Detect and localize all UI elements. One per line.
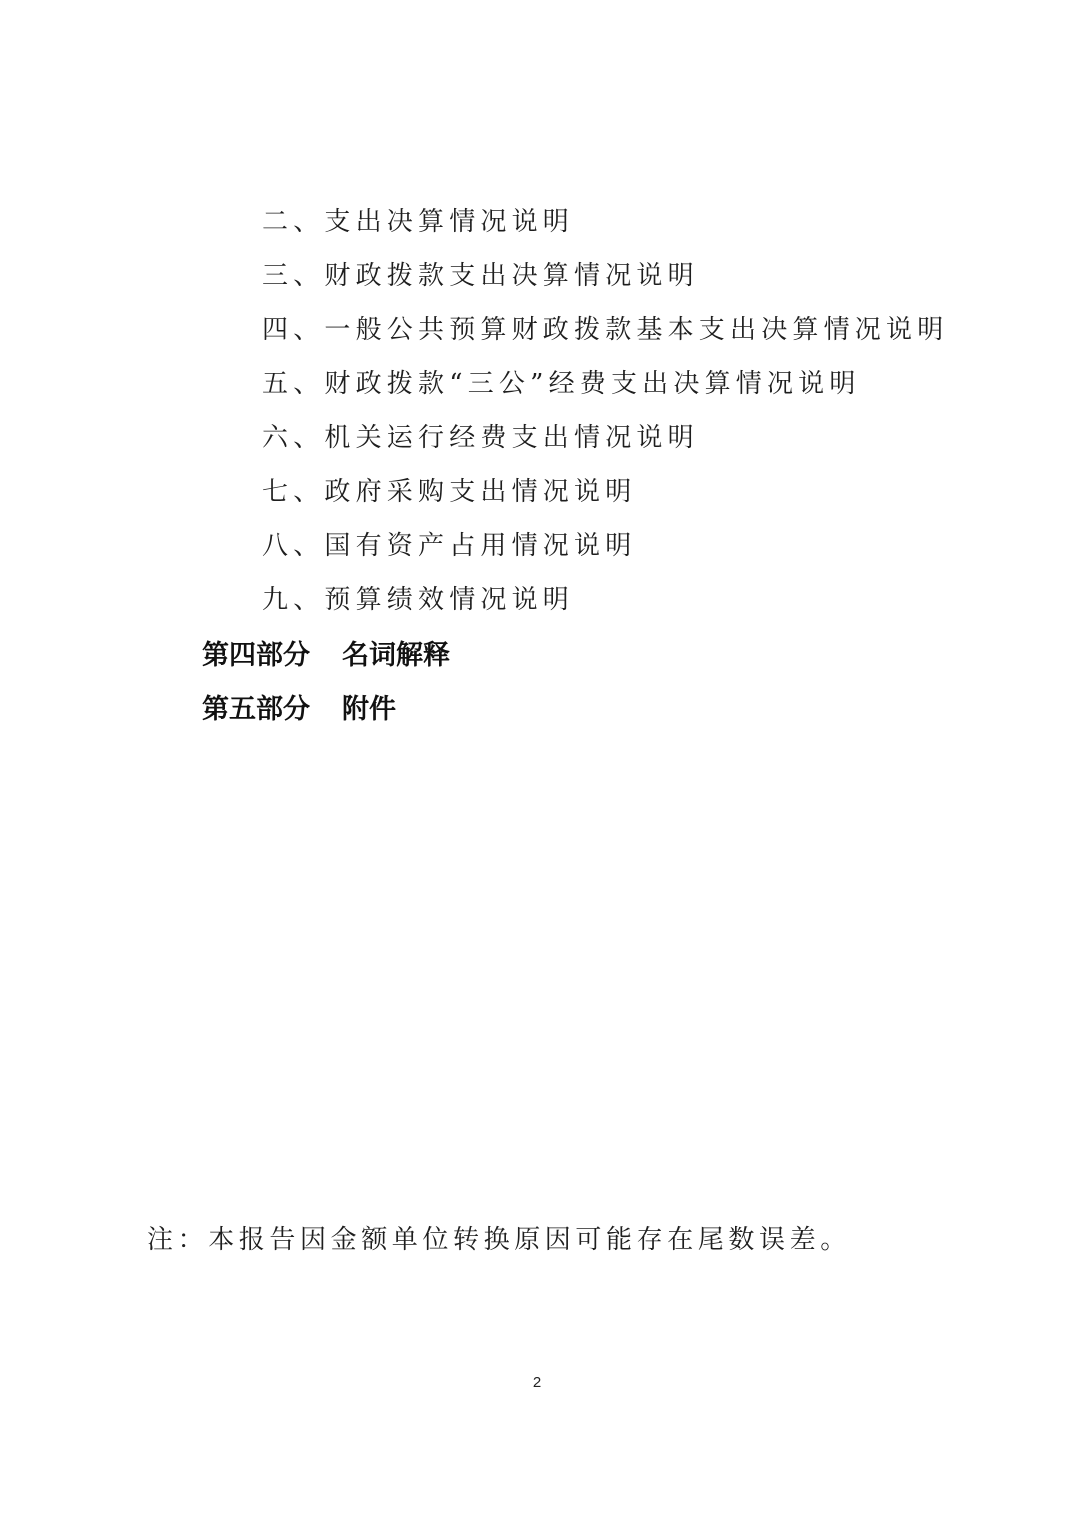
toc-item-agency-operating-expenses: 六、机关运行经费支出情况说明 — [262, 421, 699, 455]
toc-part-title: 名词解释 — [342, 640, 450, 671]
toc-item-three-public-expenses: 五、财政拨款“三公”经费支出决算情况说明 — [262, 367, 861, 401]
toc-item-general-budget-basic-expenditure: 四、一般公共预算财政拨款基本支出决算情况说明 — [262, 313, 948, 347]
toc-item-fiscal-appropriation-expenditure: 三、财政拨款支出决算情况说明 — [262, 259, 699, 293]
page-number: 2 — [0, 1373, 1074, 1393]
document-page: 二、支出决算情况说明 三、财政拨款支出决算情况说明 四、一般公共预算财政拨款基本… — [0, 0, 1074, 1520]
toc-part-number: 第四部分 — [202, 640, 310, 671]
toc-item-government-procurement: 七、政府采购支出情况说明 — [262, 475, 636, 509]
toc-item-state-assets: 八、国有资产占用情况说明 — [262, 529, 636, 563]
toc-part-glossary: 第四部分名词解释 — [202, 639, 450, 673]
rounding-note: 注：本报告因金额单位转换原因可能存在尾数误差。 — [147, 1223, 851, 1257]
toc-item-budget-performance: 九、预算绩效情况说明 — [262, 583, 574, 617]
toc-part-title: 附件 — [342, 694, 396, 725]
toc-item-expenditure-final-accounts: 二、支出决算情况说明 — [262, 205, 574, 239]
toc-part-number: 第五部分 — [202, 694, 310, 725]
toc-part-attachments: 第五部分附件 — [202, 693, 396, 727]
